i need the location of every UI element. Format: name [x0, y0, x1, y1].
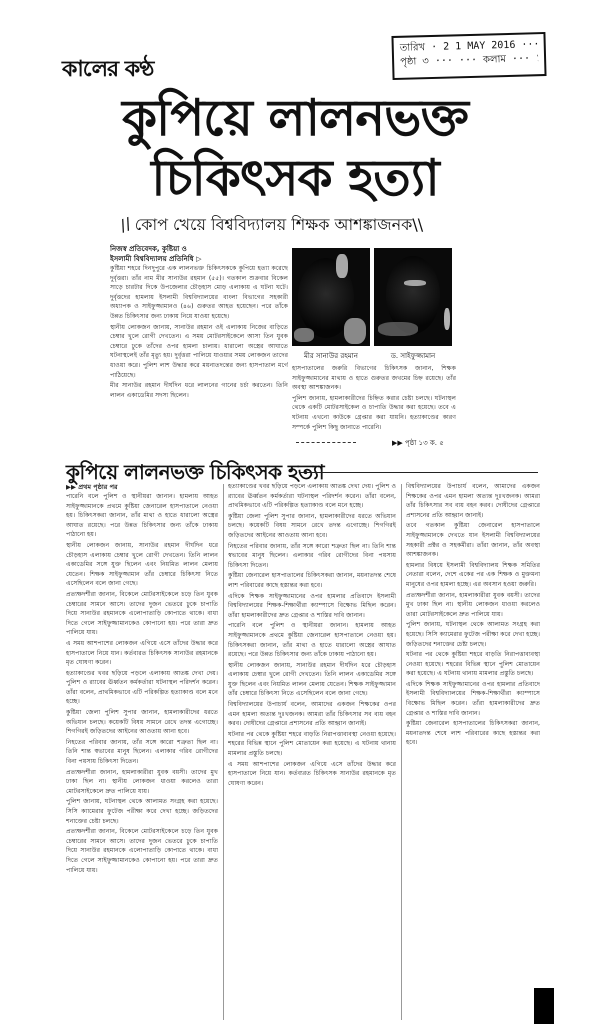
jump-paragraph: এদিকে শিক্ষক সাইফুজ্জামানের ওপর হামলার প… [406, 680, 540, 718]
photo-caption-victim: মীর সানাউর রহমান [292, 350, 370, 362]
byline-line-1: নিজস্ব প্রতিবেদক, কুষ্টিয়া ও [110, 244, 288, 254]
jump-paragraph: তবে গতকাল কুষ্টিয়া জেনারেল হাসপাতালে সা… [406, 521, 540, 559]
jump-paragraph: হত্যাকাণ্ডের খবর ছড়িয়ে পড়লে এলাকায় আ… [228, 482, 396, 511]
jump-paragraph: ঘটনার পর থেকে কুষ্টিয়া শহরে বাড়তি নিরা… [406, 650, 540, 679]
lead-paragraph: পুলিশ জানায়, হামলাকারীদের চিহ্নিত করার … [292, 394, 456, 432]
jump-paragraph: প্রত্যক্ষদর্শীরা জানান, বিকেলে মোটরসাইকে… [66, 590, 218, 638]
jump-paragraph: প্রত্যক্ষদর্শীরা জানান, হামলাকারীরা যুবক… [66, 768, 218, 797]
jump-paragraph: পুলিশ জানায়, ঘটনাস্থল থেকে আলামত সংগ্রহ… [406, 620, 540, 649]
jump-column-1: ▶▶ প্রথম পৃষ্ঠার পর পারেনি বলে পুলিশ ও স… [66, 482, 218, 1024]
section-rule [300, 472, 538, 473]
stamp-page-label: পৃষ্ঠা [400, 56, 416, 67]
jump-paragraph: এ সময় আশপাশের লোকজন এগিয়ে এসে তাঁদের উ… [66, 639, 218, 668]
jump-paragraph: কুষ্টিয়া জেনারেল হাসপাতালের চিকিৎসকরা জ… [228, 571, 396, 590]
newspaper-masthead: কালের কণ্ঠ [62, 52, 153, 89]
jump-paragraph: প্রত্যক্ষদর্শীরা জানান, হামলাকারীরা যুবক… [406, 591, 540, 620]
quote-slash-icon: \\ [412, 215, 423, 234]
jump-column-2: হত্যাকাণ্ডের খবর ছড়িয়ে পড়লে এলাকায় আ… [228, 482, 396, 1024]
byline-line-2: ইসলামী বিশ্ববিদ্যালয় প্রতিনিধি ▷ [110, 254, 288, 264]
column-divider [401, 484, 402, 1020]
photo-victim [292, 248, 370, 346]
jump-paragraph: বিশ্ববিদ্যালয়ের উপাচার্য বলেন, আমাদের এ… [406, 482, 540, 520]
subheadline: //কোপ খেয়ে বিশ্ববিদ্যালয় শিক্ষক আশঙ্কা… [120, 212, 480, 239]
jump-paragraph: স্থানীয় লোকজন জানায়, সানাউর রহমান দীর্… [66, 541, 218, 589]
jump-paragraph: হামলার বিষয়ে ইসলামী বিশ্ববিদ্যালয় শিক্… [406, 561, 540, 590]
photo-caption-teacher: ড. সাইফুজ্জামান [374, 350, 452, 362]
subheadline-text: কোপ খেয়ে বিশ্ববিদ্যালয় শিক্ষক আশঙ্কাজন… [135, 215, 413, 234]
divider-line [296, 442, 356, 443]
lead-paragraph: কুষ্টিয়া শহরে দিনদুপুরে এক লালনভক্ত চিক… [110, 264, 288, 322]
jump-paragraph: এদিকে শিক্ষক সাইফুজ্জামানের ওপর হামলার প… [228, 592, 396, 621]
lead-paragraph: মীর সানাউর রহমান দীর্ঘদিন ধরে লালনের গান… [110, 381, 288, 400]
stamp-page-value: ৩ [422, 56, 429, 67]
column-divider [223, 484, 224, 1020]
jump-paragraph: পুলিশ জানায়, ঘটনাস্থল থেকে আলামত সংগ্রহ… [66, 797, 218, 826]
jump-paragraph: প্রত্যক্ষদর্শীরা জানান, বিকেলে মোটরসাইকে… [66, 827, 218, 875]
stamp-date-label: তারিখ [400, 42, 426, 54]
headline-line-2: চিকিৎসক হত্যা [0, 148, 590, 208]
lead-article-right-column: হাসপাতালের জরুরি বিভাগের চিকিৎসক জানান, … [292, 364, 456, 434]
jump-paragraph: স্থানীয় লোকজন জানায়, সানাউর রহমান দীর্… [228, 661, 396, 699]
jump-paragraph: এ সময় আশপাশের লোকজন এগিয়ে এসে তাঁদের উ… [228, 760, 396, 789]
jump-column-3: বিশ্ববিদ্যালয়ের উপাচার্য বলেন, আমাদের এ… [406, 482, 540, 1024]
continued-on-page-marker: ▶▶ পৃষ্ঠা ১৩ ক. ৫ [392, 437, 444, 449]
jump-paragraph: হত্যাকাণ্ডের খবর ছড়িয়ে পড়লে এলাকায় আ… [66, 669, 218, 707]
lead-article-left-column: নিজস্ব প্রতিবেদক, কুষ্টিয়া ও ইসলামী বিশ… [110, 244, 288, 440]
jump-paragraph: কুষ্টিয়া জেলা পুলিশ সুপার জানান, হামলাক… [66, 708, 218, 737]
archive-stamp: তারিখ · 2 1 MAY 2016 ··· পৃষ্ঠা ৩ ··· ··… [391, 32, 546, 80]
quote-slash-icon: // [117, 214, 134, 236]
stamp-column-label: কলাম [483, 54, 506, 66]
jump-paragraph: পারেনি বলে পুলিশ ও স্থানীয়রা জানান। হাম… [66, 492, 218, 540]
jump-paragraph: কুষ্টিয়া জেলা পুলিশ সুপার জানান, হামলাক… [228, 512, 396, 541]
jump-paragraph: ঘটনার পর থেকে কুষ্টিয়া শহরে বাড়তি নিরা… [228, 730, 396, 759]
lead-paragraph: হাসপাতালের জরুরি বিভাগের চিকিৎসক জানান, … [292, 364, 456, 393]
stamp-column-value: ১ [536, 53, 538, 64]
lead-paragraph: স্থানীয় লোকজন জানায়, সানাউর রহমান ওই এ… [110, 323, 288, 381]
jump-paragraph: নিহতের পরিবার জানায়, তাঁর সঙ্গে কারো শত… [228, 542, 396, 571]
from-page-label: ▶▶ প্রথম পৃষ্ঠার পর [66, 482, 218, 492]
stamp-date-value: 2 1 MAY 2016 [443, 40, 516, 53]
jump-paragraph: নিহতের পরিবার জানায়, তাঁর সঙ্গে কারো শত… [66, 738, 218, 767]
jump-paragraph: বিশ্ববিদ্যালয়ের উপাচার্য বলেন, আমাদের এ… [228, 700, 396, 729]
photo-teacher [374, 248, 452, 346]
scan-registration-mark [534, 988, 554, 1024]
headline-line-1: কুপিয়ে লালনভক্ত [0, 88, 590, 148]
jump-paragraph: কুষ্টিয়া জেনারেল হাসপাতালের চিকিৎসকরা জ… [406, 719, 540, 748]
jump-paragraph: পারেনি বলে পুলিশ ও স্থানীয়রা জানান। হাম… [228, 621, 396, 659]
stamp-page-row: পৃষ্ঠা ৩ ··· ··· কলাম ··· ১ ····· [400, 52, 538, 70]
